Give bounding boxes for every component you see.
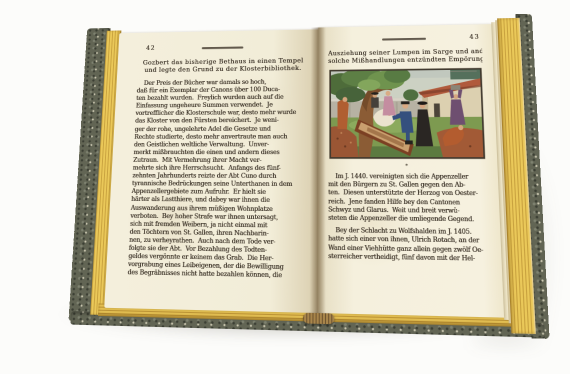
body-text: Bey der Schlacht zu Wolfshalden im J. 14… <box>328 227 491 264</box>
body-text: Im J. 1440. vereinigten sich die Appenze… <box>328 173 489 225</box>
text-line: und legte den Grund zu der Klosterbiblio… <box>137 64 308 74</box>
man-at-tree <box>337 97 348 129</box>
right-page-content: 43 Ausziehung seiner Lumpen im Sarge und… <box>328 34 493 311</box>
page-number: 42 <box>146 45 156 52</box>
open-book: 42 Gozbert das bisherige Bethaus in eine… <box>76 18 538 334</box>
illustration-plate <box>330 69 484 159</box>
doorway-figure <box>434 103 440 118</box>
headband <box>303 313 334 325</box>
photo-background: 42 Gozbert das bisherige Bethaus in eine… <box>0 0 570 374</box>
right-page: 43 Ausziehung seiner Lumpen im Sarge und… <box>318 24 504 317</box>
gutter-shadow <box>309 27 326 315</box>
chapter-summary: Ausziehung seiner Lumpen im Sarge und an… <box>328 48 483 66</box>
right-page-top-row: 43 <box>328 34 482 46</box>
text-line: sterreicher vertheidigt, fünf davon mit … <box>328 253 491 264</box>
body-text: Der Preis der Bücher war damals so hoch,… <box>127 78 308 281</box>
left-page-content: 42 Gozbert das bisherige Bethaus in eine… <box>126 43 309 307</box>
exhumation-scene-engraving <box>330 69 484 159</box>
text-line: Rechte studierte, desto mehr anvertraute… <box>134 133 308 141</box>
text-line: solche Mißhandlungen entzündten Empörung… <box>328 56 483 66</box>
plate-mark: * <box>328 163 487 169</box>
section-rule <box>202 46 244 49</box>
left-page-top-row: 42 <box>138 43 308 55</box>
chapter-summary: Gozbert das bisherige Bethaus in einen T… <box>137 57 308 74</box>
text-line: steten die Appenzeller die umliegende Ge… <box>328 215 489 225</box>
plate-footer <box>328 158 487 163</box>
page-number: 43 <box>469 34 479 41</box>
left-page: 42 Gozbert das bisherige Bethaus in eine… <box>104 29 318 313</box>
text-line: den Geistlichen weltliche Verwaltung. Un… <box>134 141 308 149</box>
section-rule <box>382 38 426 41</box>
text-line: merkt mißbrauchten die einen und andern … <box>133 149 308 157</box>
